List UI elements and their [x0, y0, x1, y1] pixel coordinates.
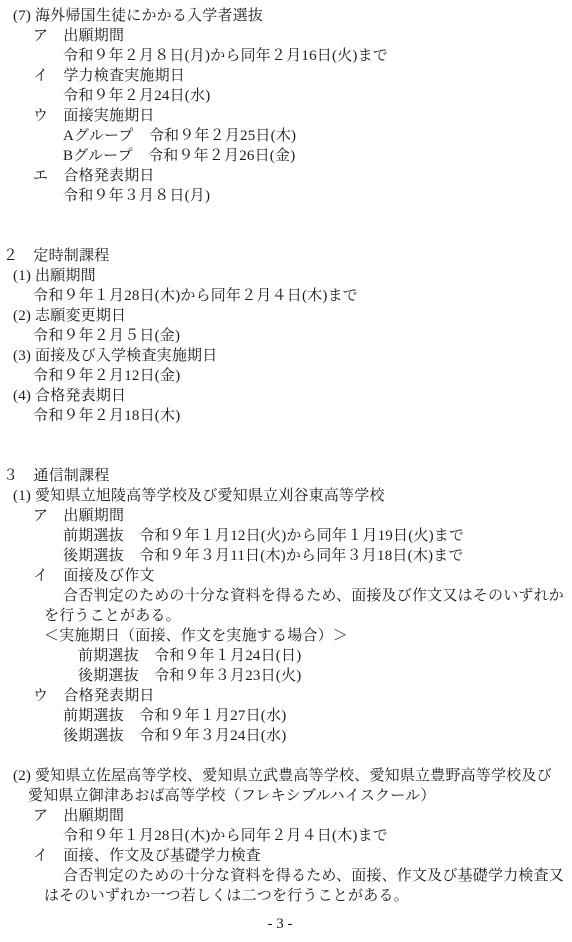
document-line: (4) 合格発表期日	[0, 386, 572, 406]
document-line: ア 出願期間	[0, 506, 572, 526]
document-line: 後期選抜 令和９年３月11日(木)から同年３月18日(木)まで	[0, 546, 572, 566]
document-line: はそのいずれか一つ若しくは二つを行うことがある。	[0, 886, 572, 906]
document-line: 前期選抜 令和９年１月12日(火)から同年１月19日(火)まで	[0, 526, 572, 546]
document-line: イ 面接及び作文	[0, 566, 572, 586]
document-line: イ 面接、作文及び基礎学力検査	[0, 846, 572, 866]
document-line: (2) 愛知県立佐屋高等学校、愛知県立武豊高等学校、愛知県立豊野高等学校及び	[0, 766, 572, 786]
document-line: 合否判定のための十分な資料を得るため、面接及び作文又はそのいずれか	[0, 586, 572, 606]
document-line: ３ 通信制課程	[0, 466, 572, 486]
document-line: 令和９年２月12日(金)	[0, 366, 572, 386]
document-line: 令和９年２月18日(木)	[0, 406, 572, 426]
document-page: (7) 海外帰国生徒にかかる入学者選抜ア 出願期間令和９年２月８日(月)から同年…	[0, 0, 572, 942]
document-line: (1) 出願期間	[0, 266, 572, 286]
document-line: 前期選抜 令和９年１月27日(水)	[0, 706, 572, 726]
document-line: イ 学力検査実施期日	[0, 66, 572, 86]
document-line: (3) 面接及び入学検査実施期日	[0, 346, 572, 366]
document-line: ２ 定時制課程	[0, 246, 572, 266]
document-line: ウ 面接実施期日	[0, 106, 572, 126]
document-line: 令和９年１月28日(木)から同年２月４日(木)まで	[0, 286, 572, 306]
document-lines: (7) 海外帰国生徒にかかる入学者選抜ア 出願期間令和９年２月８日(月)から同年…	[0, 6, 572, 906]
document-line: 令和９年２月８日(月)から同年２月16日(火)まで	[0, 46, 572, 66]
document-line: Bグループ 令和９年２月26日(金)	[0, 146, 572, 166]
document-line: ウ 合格発表期日	[0, 686, 572, 706]
document-line: 令和９年３月８日(月)	[0, 186, 572, 206]
document-line: 令和９年１月28日(木)から同年２月４日(木)まで	[0, 826, 572, 846]
document-line: を行うことがある。	[0, 606, 572, 626]
blank-line	[0, 206, 572, 226]
document-line: 後期選抜 令和９年３月24日(水)	[0, 726, 572, 746]
blank-line	[0, 446, 572, 466]
document-line: ア 出願期間	[0, 806, 572, 826]
document-line: (7) 海外帰国生徒にかかる入学者選抜	[0, 6, 572, 26]
page-number: - 3 -	[0, 914, 560, 934]
document-line: ＜実施期日（面接、作文を実施する場合）＞	[0, 626, 572, 646]
document-line: 令和９年２月24日(水)	[0, 86, 572, 106]
document-line: ア 出願期間	[0, 26, 572, 46]
blank-line	[0, 226, 572, 246]
blank-line	[0, 746, 572, 766]
document-line: 後期選抜 令和９年３月23日(火)	[0, 666, 572, 686]
document-line: 合否判定のための十分な資料を得るため、面接、作文及び基礎学力検査又	[0, 866, 572, 886]
document-line: 前期選抜 令和９年１月24日(日)	[0, 646, 572, 666]
document-line: 愛知県立御津あおば高等学校（フレキシブルハイスクール）	[0, 786, 572, 806]
document-line: 令和９年２月５日(金)	[0, 326, 572, 346]
blank-line	[0, 426, 572, 446]
document-line: (2) 志願変更期日	[0, 306, 572, 326]
document-line: エ 合格発表期日	[0, 166, 572, 186]
document-line: (1) 愛知県立旭陵高等学校及び愛知県立刈谷東高等学校	[0, 486, 572, 506]
document-line: Aグループ 令和９年２月25日(木)	[0, 126, 572, 146]
